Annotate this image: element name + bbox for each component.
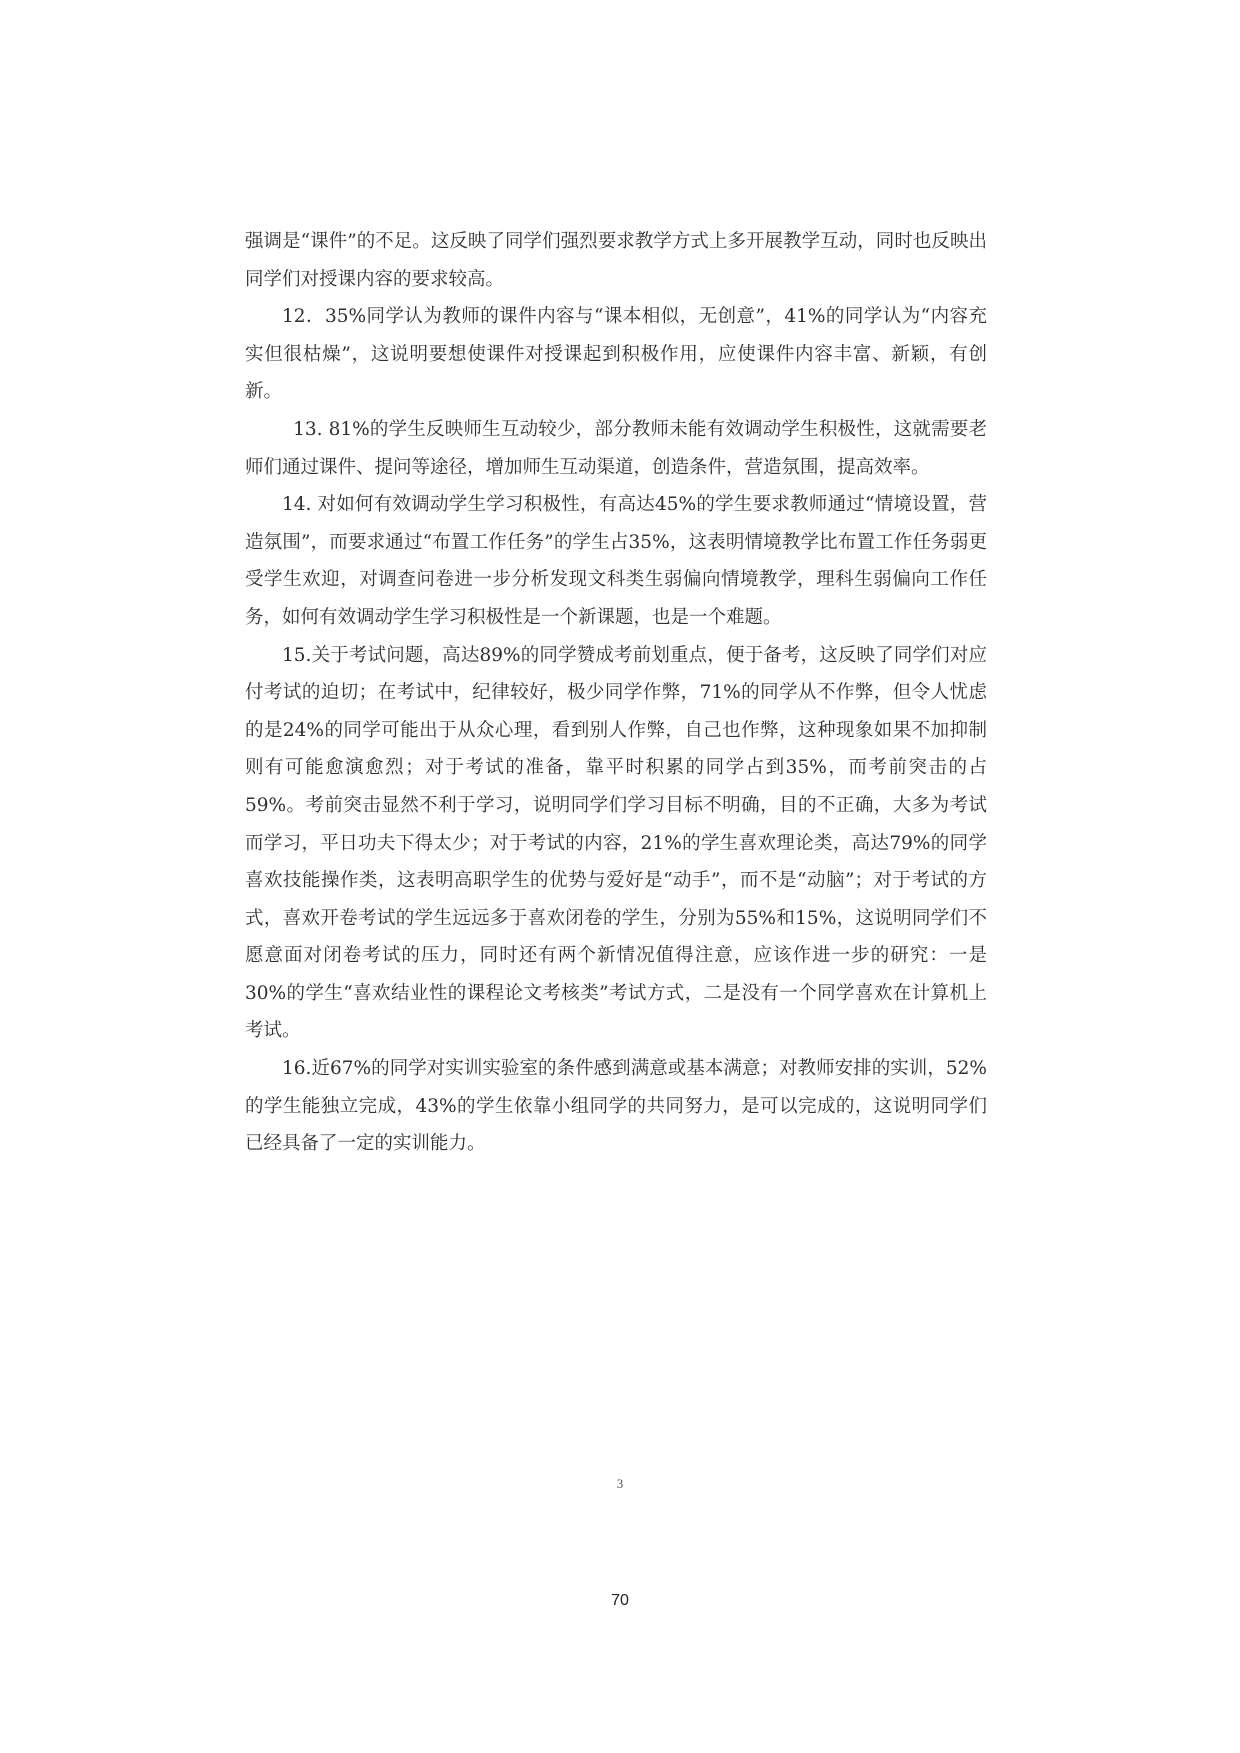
- paragraph-item-13: 13. 81%的学生反映师生互动较少，部分教师未能有效调动学生积极性，这就需要老…: [245, 411, 987, 486]
- outer-page-number: 70: [0, 1592, 1240, 1610]
- paragraph-item-14: 14. 对如何有效调动学生学习积极性，有高达45%的学生要求教师通过“情境设置，…: [245, 486, 987, 636]
- body-text: 强调是“课件”的不足。这反映了同学们强烈要求教学方式上多开展教学互动，同时也反映…: [245, 223, 987, 1163]
- paragraph-item-12: 12．35%同学认为教师的课件内容与“课本相似，无创意”，41%的同学认为“内容…: [245, 298, 987, 411]
- inner-page-number: 3: [0, 1476, 1240, 1492]
- paragraph-item-15: 15.关于考试问题，高达89%的同学赞成考前划重点，便于备考，这反映了同学们对应…: [245, 637, 987, 1051]
- paragraph-item-16: 16.近67%的同学对实训实验室的条件感到满意或基本满意；对教师安排的实训，52…: [245, 1050, 987, 1163]
- paragraph-continuation: 强调是“课件”的不足。这反映了同学们强烈要求教学方式上多开展教学互动，同时也反映…: [245, 223, 987, 298]
- document-page: 强调是“课件”的不足。这反映了同学们强烈要求教学方式上多开展教学互动，同时也反映…: [0, 0, 1240, 1753]
